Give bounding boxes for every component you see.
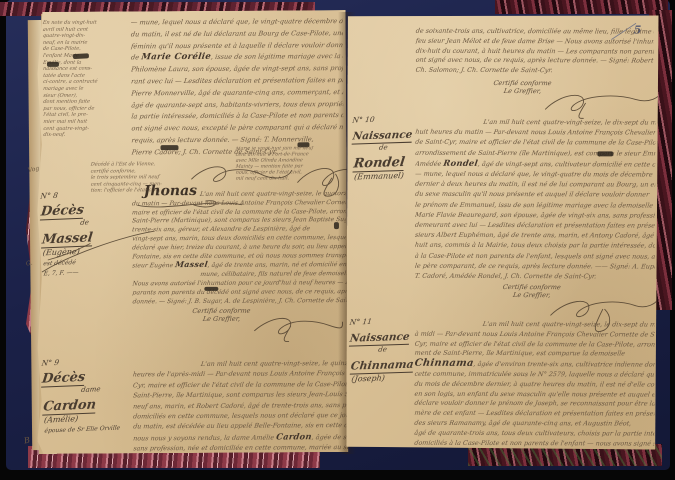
ink-correction — [204, 287, 218, 291]
act-spouse: épouse de Sr Elie Orville — [44, 424, 141, 435]
mother-name: Chinnama — [414, 358, 474, 369]
ink-correction — [73, 53, 89, 59]
signature-flourish-icon — [246, 310, 346, 345]
signature-flourish-icon — [535, 85, 665, 121]
right-page: 5 de soixante-trois ans, cultivatrice, d… — [346, 14, 660, 449]
left-page: En note du vingt-huitavril mil huit cent… — [35, 10, 349, 454]
ink-correction — [160, 145, 178, 150]
act10-text: L'an mil huit cent quatre-vingt-seize, l… — [415, 117, 656, 282]
act-firstname: (Emmanuel) — [354, 171, 415, 182]
act9-margin: N° 9 Décès dame Cardon (Amélie) épouse d… — [41, 355, 140, 435]
act10-margin: N° 10 Naissance de Rondel (Emmanuel) — [352, 114, 414, 182]
margin-annotation: En note du vingt-huitavril mil huit cent… — [43, 19, 134, 138]
act-text-continuation: de soixante-trois ans, cultivatrice, dom… — [416, 27, 654, 77]
father-name: Rondel — [443, 158, 479, 168]
deceased-name: Cardon — [276, 431, 313, 441]
deceased-name: Massel — [175, 260, 209, 269]
marbled-edge-top-right — [495, 0, 668, 14]
act-surname: Rondel — [352, 156, 405, 173]
signature-flourish-icon — [186, 160, 296, 187]
act11-text: L'an mil huit cent quatre-vingt-seize, l… — [414, 320, 654, 449]
ink-correction — [597, 151, 613, 156]
act-firstname: (Joseph) — [351, 373, 416, 384]
act-text-continuation: — mune, lequel nous a déclaré que, le vi… — [131, 16, 344, 159]
act8-text: L'an mil huit cent quatre-vingt-seize, l… — [132, 190, 347, 307]
child-name: Marie Corélie — [141, 52, 212, 62]
edge-text-fragment: G. — [25, 259, 33, 267]
act11-margin: N° 11 Naissance de Chinnama (Joseph) — [350, 316, 416, 384]
ink-correction — [47, 62, 59, 67]
act9-text: L'an mil huit cent quatre-vingt-seize, l… — [133, 358, 350, 454]
register-scan: Vog G. B En note du vingt-huitavril mil … — [0, 0, 675, 480]
